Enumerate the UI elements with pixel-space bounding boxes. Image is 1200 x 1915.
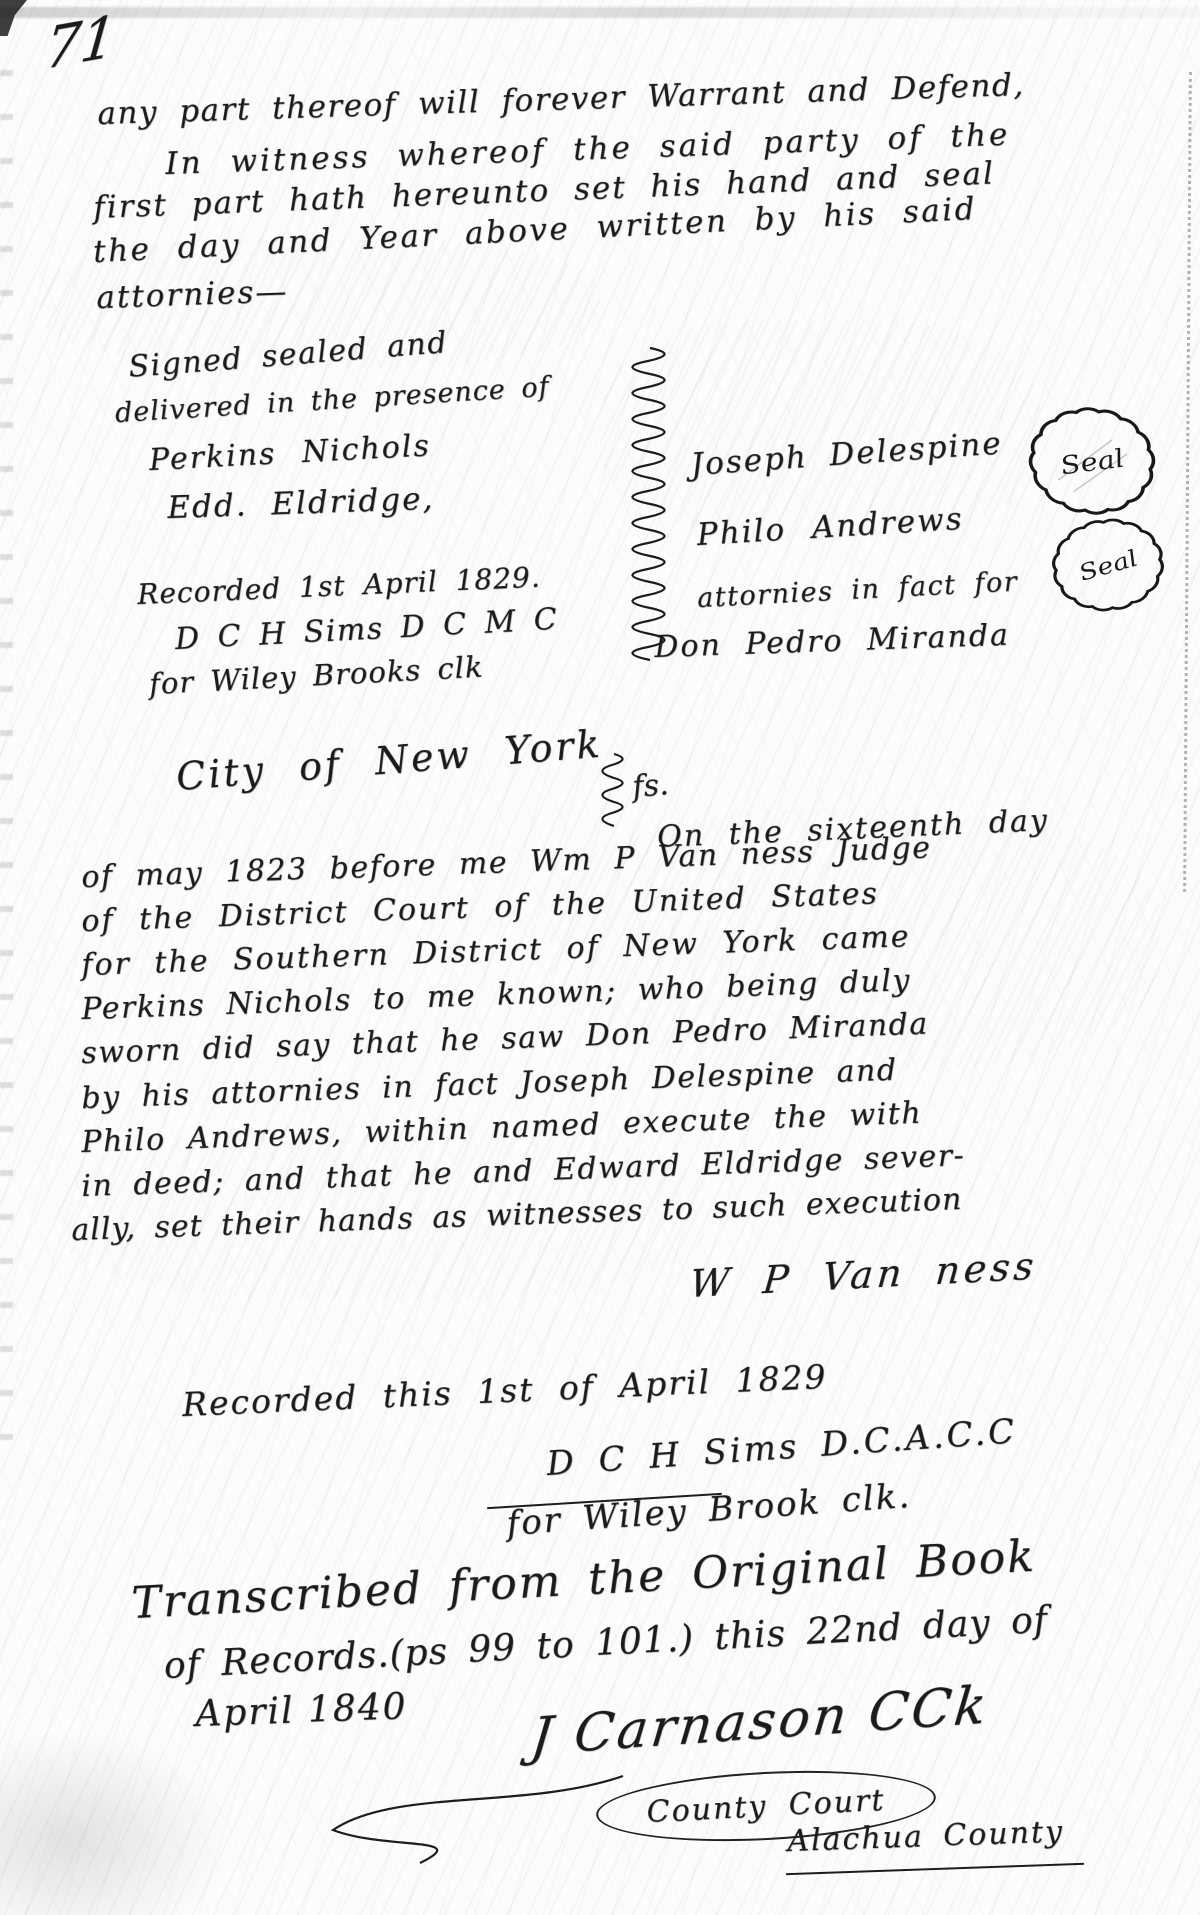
closing-line: attornies— xyxy=(96,273,289,316)
transcription-line: April 1840 xyxy=(195,1687,409,1735)
recording-1829-line: Recorded 1st April 1829. xyxy=(137,560,542,611)
county-underline xyxy=(786,1863,1084,1875)
recording-april-line: Recorded this 1st of April 1829 xyxy=(181,1357,828,1424)
clerk-signature: J Carnason CCk xyxy=(528,1675,992,1768)
signature-flourish xyxy=(325,1758,635,1878)
signature-brace-squiggle xyxy=(608,346,688,661)
witness-statement-line: Signed sealed and xyxy=(127,325,449,385)
document-page: 71 any part thereof will forever Warrant… xyxy=(0,0,1200,1915)
venue-brace-squiggle xyxy=(590,752,635,832)
witness-name: Edd. Eldridge, xyxy=(167,481,435,526)
seal-word: Seal xyxy=(1058,445,1128,481)
witness-name: Perkins Nichols xyxy=(148,428,431,478)
page-number: 71 xyxy=(42,3,119,83)
capacity-line: Don Pedro Miranda xyxy=(654,618,1011,665)
recording-1829-line: for Wiley Brooks clk xyxy=(148,650,484,701)
signatory-name: Joseph Delespine xyxy=(689,425,1003,483)
jurat-ss-mark: fs. xyxy=(631,767,670,805)
jurat-venue: City of New York xyxy=(175,722,604,799)
scan-corner-mark xyxy=(0,0,27,36)
signatory-name: Philo Andrews xyxy=(696,501,965,553)
wax-seal: Seal xyxy=(1041,508,1175,622)
clerk-signature-sims: D C H Sims D.C.A.C.C xyxy=(545,1411,1018,1484)
recording-april-line: for Wiley Brook clk. xyxy=(505,1476,912,1544)
scan-left-edge-speckle xyxy=(0,40,13,1440)
recording-1829-line: D C H Sims D C M C xyxy=(174,602,559,657)
capacity-line: attornies in fact for xyxy=(696,566,1018,614)
seal-word: Seal xyxy=(1075,545,1141,586)
scan-bottom-smudge xyxy=(0,1730,230,1915)
judge-signature: W P Van ness xyxy=(688,1244,1039,1306)
scan-right-dotted-line xyxy=(1183,72,1192,892)
scan-edge-smudge-top xyxy=(0,7,1200,18)
